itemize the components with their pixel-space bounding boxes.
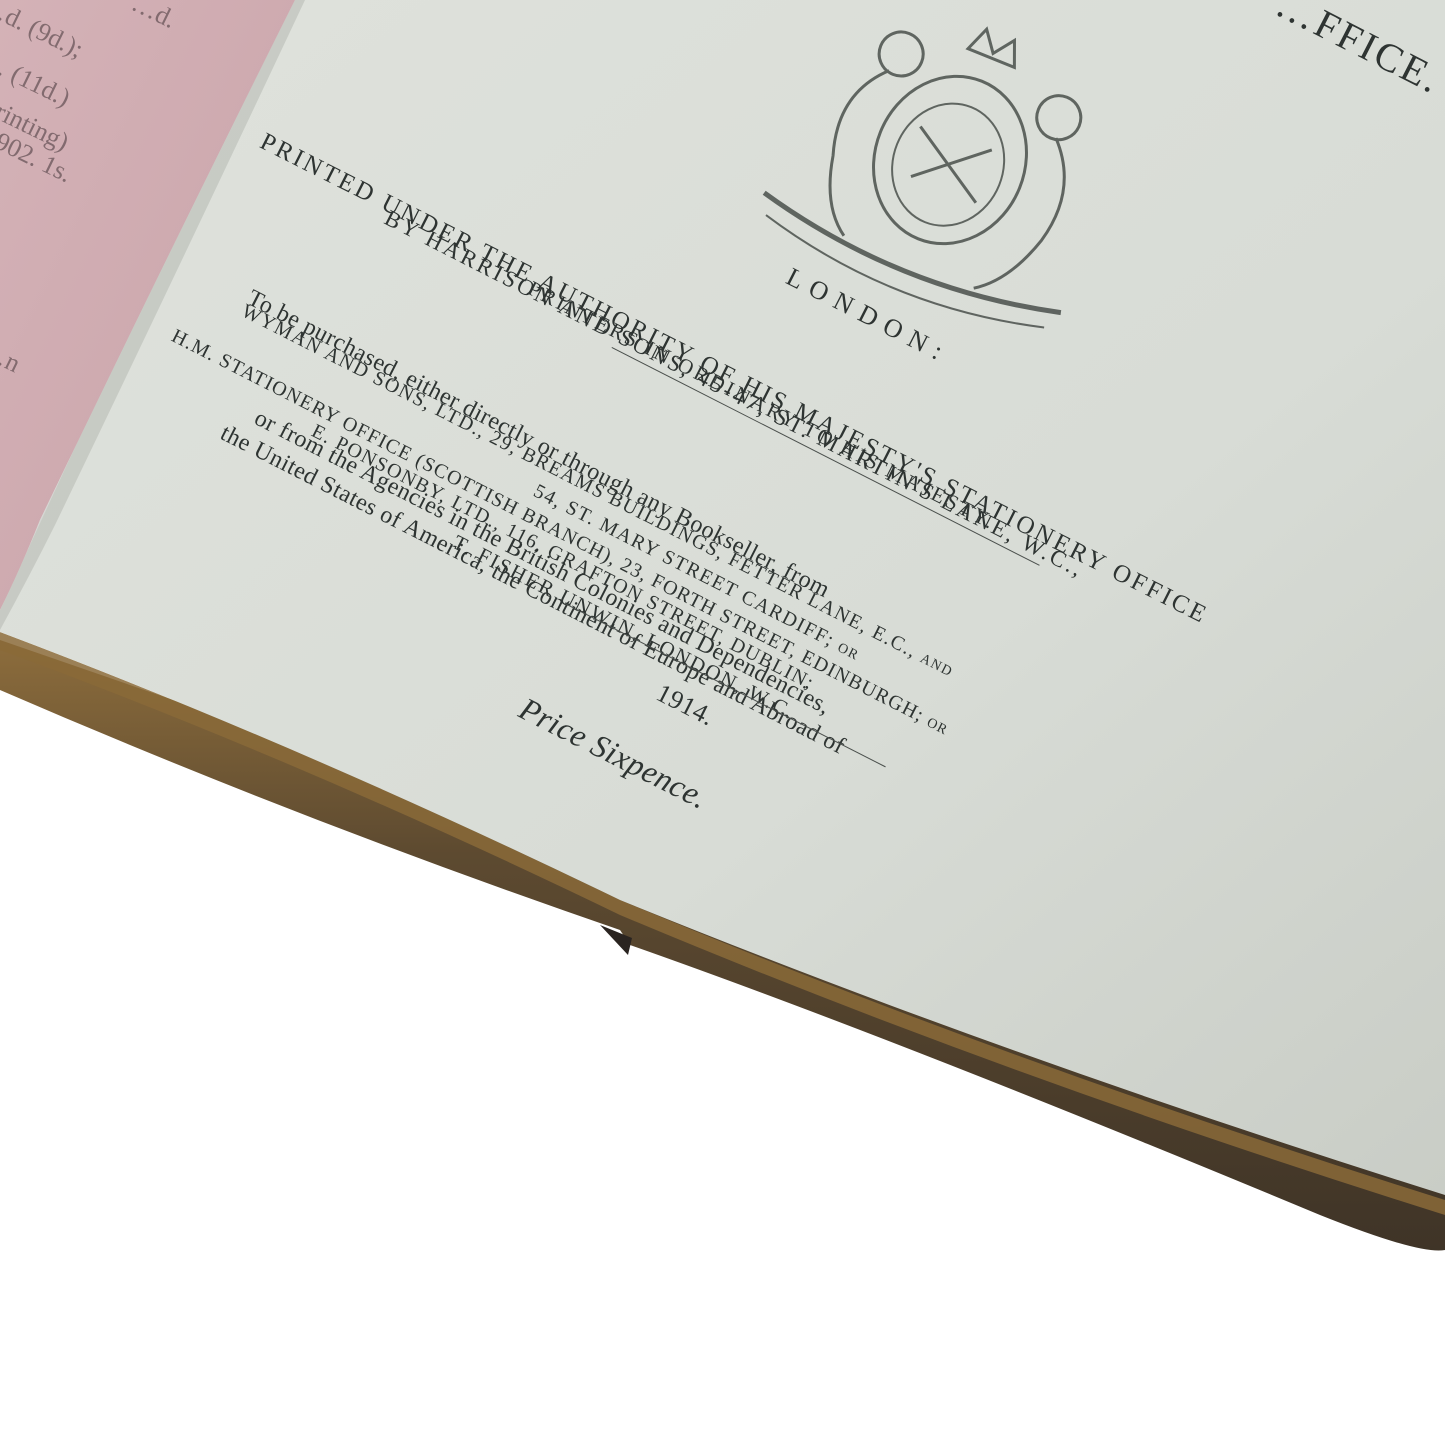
- book-photo: …d. …d. (9d.); … (11d.) …rinting) …902. …: [0, 0, 1445, 1445]
- book-shape: [0, 0, 1445, 1445]
